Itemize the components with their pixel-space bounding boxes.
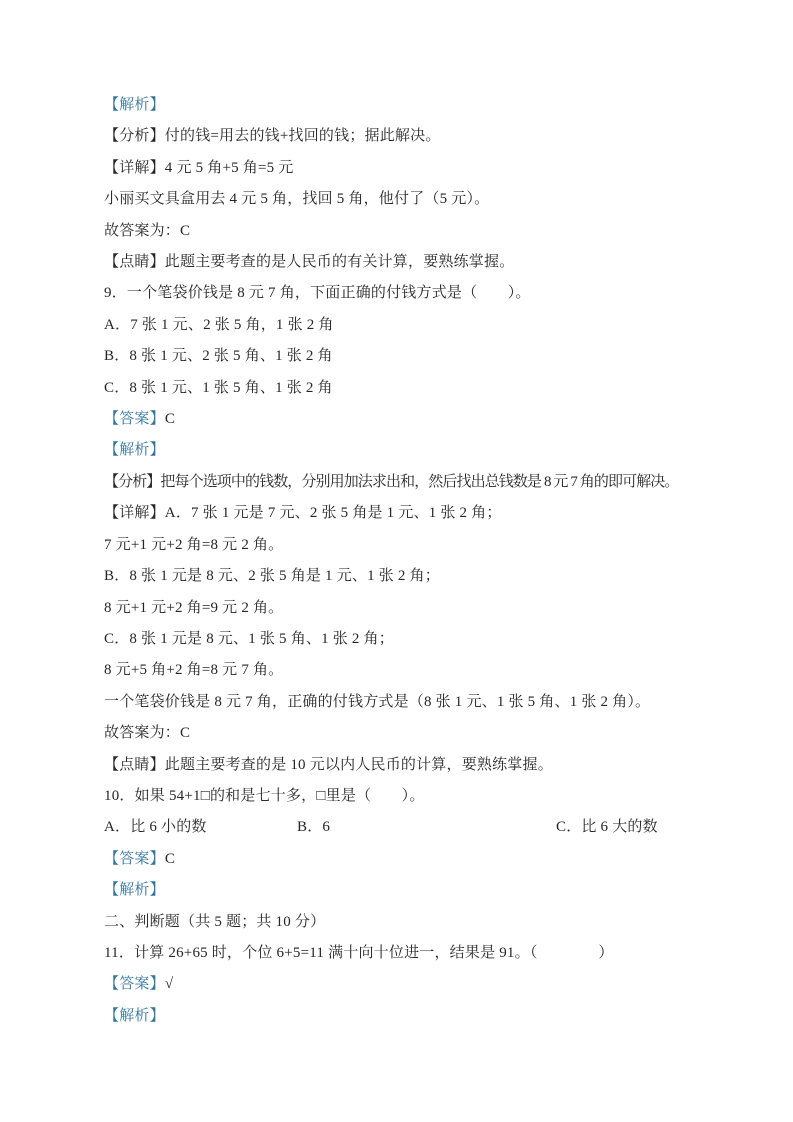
q9-calc-b: 8 元+1 元+2 角=9 元 2 角。 [104,593,693,624]
q8-conclusion: 故答案为：C [104,216,693,247]
bracket-label: 【解析】 [104,1008,165,1024]
bracket-label: 【解析】 [104,97,165,113]
text-run: C．8 张 1 元、1 张 5 角、1 张 2 角 [104,380,333,396]
bracket-label: 【解析】 [104,882,165,898]
text-run: 二、判断题（共 5 题；共 10 分） [104,914,325,930]
q10-options-col-2: C．比 6 大的数 [556,812,693,843]
text-run: B．8 张 1 元、2 张 5 角、1 张 2 角 [104,348,333,364]
text-run: 一个笔袋价钱是 8 元 7 角，正确的付钱方式是（8 张 1 元、1 张 5 角… [104,694,650,710]
text-run: 【点睛】此题主要考查的是人民币的有关计算，要熟练掌握。 [104,254,514,270]
q9-question: 9．一个笔袋价钱是 8 元 7 角，下面正确的付钱方式是（ ）。 [104,278,693,309]
q8-analysis: 【分析】付的钱=用去的钱+找回的钱；据此解决。 [104,121,693,152]
q9-answer: 【答案】C [104,404,693,435]
text-run: B．8 张 1 元是 8 元、2 张 5 角是 1 元、1 张 2 角； [104,568,440,584]
text-run: A．7 张 1 元、2 张 5 角，1 张 2 角 [104,317,334,333]
q9-analysis: 【分析】把每个选项中的钱数，分别用加法求出和，然后找出总钱数是 8 元 7 角的… [104,467,693,498]
q9-tip: 【点睛】此题主要考查的是 10 元以内人民币的计算，要熟练掌握。 [104,750,693,781]
q10-question: 10．如果 54+1□的和是七十多，□里是（ ）。 [104,781,693,812]
q10-options-col-0: A．比 6 小的数 [104,812,297,843]
text-run: 11．计算 26+65 时，个位 6+5=11 满十向十位进一，结果是 91。（… [104,945,614,961]
section-2-header: 二、判断题（共 5 题；共 10 分） [104,907,693,938]
q9-explain-label: 【解析】 [104,435,693,466]
text-run: C [165,411,175,427]
q11-explain-label: 【解析】 [104,1001,693,1032]
q10-explain-label: 【解析】 [104,875,693,906]
q10-options: A．比 6 小的数B．6C．比 6 大的数 [104,812,693,843]
q8-detail: 【详解】4 元 5 角+5 角=5 元 [104,153,693,184]
text-run: 【点睛】此题主要考查的是 10 元以内人民币的计算，要熟练掌握。 [104,757,553,773]
text-run: 8 元+5 角+2 角=8 元 7 角。 [104,662,283,678]
text-run: 10．如果 54+1□的和是七十多，□里是（ ）。 [104,788,425,804]
bracket-label: 【解析】 [104,442,165,458]
q9-calc-c: 8 元+5 角+2 角=8 元 7 角。 [104,655,693,686]
q8-explain-label: 【解析】 [104,90,693,121]
q8-detail-2: 小丽买文具盒用去 4 元 5 角，找回 5 角，他付了（5 元）。 [104,184,693,215]
document-content: 【解析】【分析】付的钱=用去的钱+找回的钱；据此解决。【详解】4 元 5 角+5… [104,90,693,1032]
text-run: √ [165,976,173,992]
text-run: 故答案为：C [104,725,190,741]
q11-answer: 【答案】√ [104,969,693,1000]
q9-option-c: C．8 张 1 元、1 张 5 角、1 张 2 角 [104,373,693,404]
document-page: 【解析】【分析】付的钱=用去的钱+找回的钱；据此解决。【详解】4 元 5 角+5… [0,0,793,1122]
text-run: 8 元+1 元+2 角=9 元 2 角。 [104,600,283,616]
text-run: 9．一个笔袋价钱是 8 元 7 角，下面正确的付钱方式是（ ）。 [104,285,531,301]
text-run: 【详解】4 元 5 角+5 角=5 元 [104,160,293,176]
text-run: 故答案为：C [104,223,190,239]
q9-calc-a: 7 元+1 元+2 角=8 元 2 角。 [104,530,693,561]
q10-answer: 【答案】C [104,844,693,875]
text-run: 【分析】付的钱=用去的钱+找回的钱；据此解决。 [104,128,441,144]
text-run: C．8 张 1 元是 8 元、1 张 5 角、1 张 2 角； [104,631,394,647]
q9-conclusion: 故答案为：C [104,718,693,749]
bracket-label: 【答案】 [104,851,165,867]
q9-option-a: A．7 张 1 元、2 张 5 角，1 张 2 角 [104,310,693,341]
q9-option-b: B．8 张 1 元、2 张 5 角、1 张 2 角 [104,341,693,372]
bracket-label: 【答案】 [104,411,165,427]
q11-question: 11．计算 26+65 时，个位 6+5=11 满十向十位进一，结果是 91。（… [104,938,693,969]
text-run: 【分析】把每个选项中的钱数，分别用加法求出和，然后找出总钱数是 8 元 7 角的… [104,474,679,490]
q9-detail-a: 【详解】A．7 张 1 元是 7 元、2 张 5 角是 1 元、1 张 2 角； [104,498,693,529]
q8-tip: 【点睛】此题主要考查的是人民币的有关计算，要熟练掌握。 [104,247,693,278]
q9-summary: 一个笔袋价钱是 8 元 7 角，正确的付钱方式是（8 张 1 元、1 张 5 角… [104,687,693,718]
text-run: 【详解】A．7 张 1 元是 7 元、2 张 5 角是 1 元、1 张 2 角； [104,505,502,521]
text-run: C [165,851,175,867]
text-run: 小丽买文具盒用去 4 元 5 角，找回 5 角，他付了（5 元）。 [104,191,489,207]
text-run: 7 元+1 元+2 角=8 元 2 角。 [104,537,283,553]
bracket-label: 【答案】 [104,976,165,992]
q9-detail-b: B．8 张 1 元是 8 元、2 张 5 角是 1 元、1 张 2 角； [104,561,693,592]
q9-detail-c: C．8 张 1 元是 8 元、1 张 5 角、1 张 2 角； [104,624,693,655]
q10-options-col-1: B．6 [297,812,556,843]
